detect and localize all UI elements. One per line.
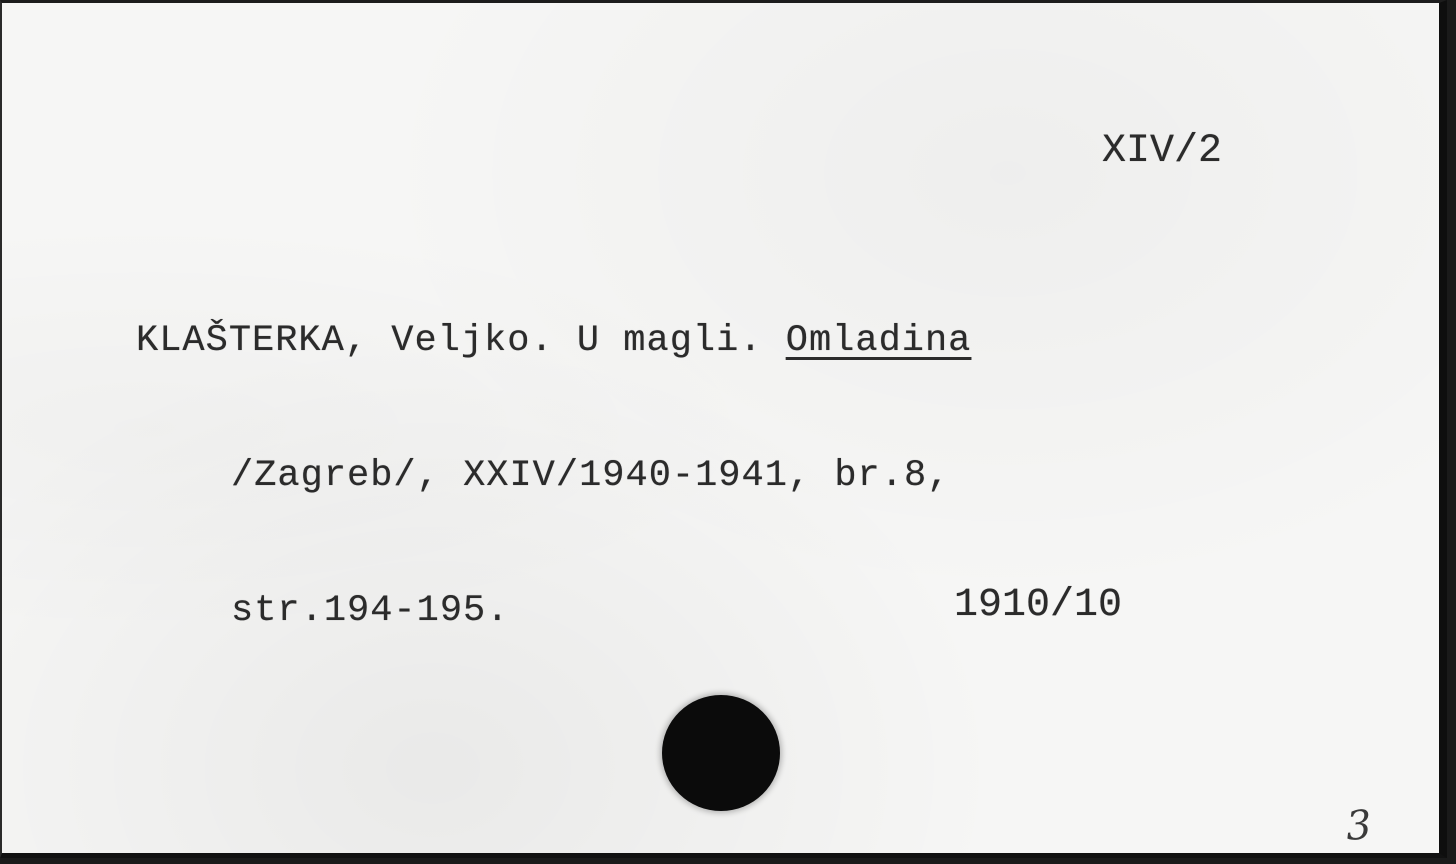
entry-line-3: str.194-195. xyxy=(136,589,971,634)
punch-hole xyxy=(662,695,780,811)
catalog-card: XIV/2 KLAŠTERKA, Veljko. U magli. Omladi… xyxy=(0,0,1447,858)
pages: str.194-195. xyxy=(231,590,509,632)
periodical-title: Omladina xyxy=(786,320,972,362)
issue: br.8, xyxy=(834,455,950,497)
handwritten-mark: 3 xyxy=(1344,802,1373,850)
place: /Zagreb/, xyxy=(231,455,440,497)
accession-number: 1910/10 xyxy=(954,583,1122,628)
author: KLAŠTERKA, Veljko. xyxy=(136,320,554,362)
title: U magli. xyxy=(577,320,763,362)
call-number: XIV/2 xyxy=(1102,129,1222,174)
entry-line-2: /Zagreb/, XXIV/1940-1941, br.8, xyxy=(136,454,971,499)
bibliographic-entry: KLAŠTERKA, Veljko. U magli. Omladina /Za… xyxy=(136,229,971,724)
entry-line-1: KLAŠTERKA, Veljko. U magli. Omladina xyxy=(136,319,971,364)
volume-years: XXIV/1940-1941, xyxy=(463,455,811,497)
